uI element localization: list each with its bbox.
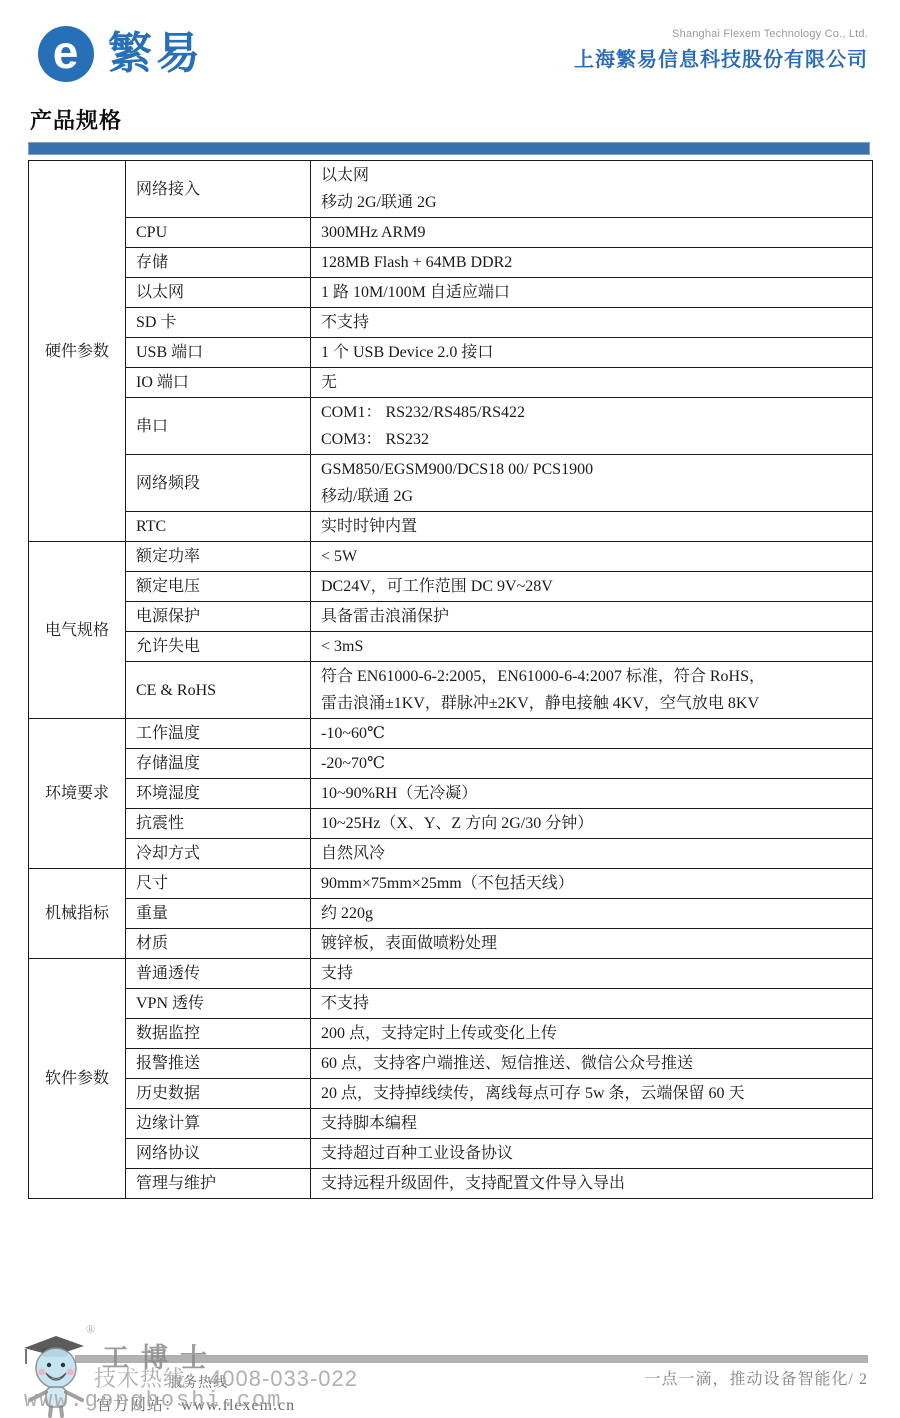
spec-value-cell: 20 点，支持掉线续传，离线每点可存 5w 条，云端保留 60 天 — [311, 1079, 873, 1109]
watermark-site: www.gongboshi.com — [24, 1388, 282, 1413]
value-line: 约 220g — [321, 900, 862, 927]
value-line: 自然风冷 — [321, 840, 862, 867]
spec-row: 允许失电< 3mS — [29, 632, 873, 662]
logo-wordmark: 繁易 — [108, 32, 204, 76]
spec-value-cell: < 5W — [311, 542, 873, 572]
spec-label-cell: 报警推送 — [126, 1049, 311, 1079]
category-cell: 电气规格 — [29, 542, 126, 719]
value-line: COM3： RS232 — [321, 426, 862, 453]
spec-row: 网络频段GSM850/EGSM900/DCS18 00/ PCS1900移动/联… — [29, 455, 873, 512]
spec-value-cell: 200 点，支持定时上传或变化上传 — [311, 1019, 873, 1049]
value-line: 符合 EN61000-6-2:2005，EN61000-6-4:2007 标准，… — [321, 663, 862, 690]
spec-label-cell: 冷却方式 — [126, 839, 311, 869]
spec-row: IO 端口无 — [29, 368, 873, 398]
spec-value-cell: 支持脚本编程 — [311, 1109, 873, 1139]
value-line: 60 点，支持客户端推送、短信推送、微信公众号推送 — [321, 1050, 862, 1077]
category-cell: 软件参数 — [29, 959, 126, 1199]
company-name-en: Shanghai Flexem Technology Co., Ltd. — [574, 28, 868, 40]
spec-label-cell: 网络协议 — [126, 1139, 311, 1169]
spec-label-cell: SD 卡 — [126, 308, 311, 338]
value-line: 镀锌板，表面做喷粉处理 — [321, 930, 862, 957]
spec-label-cell: 历史数据 — [126, 1079, 311, 1109]
spec-label-cell: VPN 透传 — [126, 989, 311, 1019]
value-line: 支持超过百种工业设备协议 — [321, 1140, 862, 1167]
value-line: -20~70℃ — [321, 750, 862, 777]
spec-value-cell: 具备雷击浪涌保护 — [311, 602, 873, 632]
spec-row: 网络协议支持超过百种工业设备协议 — [29, 1139, 873, 1169]
value-line: 具备雷击浪涌保护 — [321, 603, 862, 630]
spec-label-cell: USB 端口 — [126, 338, 311, 368]
value-line: < 5W — [321, 543, 862, 570]
spec-label-cell: 串口 — [126, 398, 311, 455]
spec-value-cell: -10~60℃ — [311, 719, 873, 749]
spec-value-cell: 自然风冷 — [311, 839, 873, 869]
company-name-cn: 上海繁易信息科技股份有限公司 — [574, 43, 868, 72]
value-line: 10~90%RH（无冷凝） — [321, 780, 862, 807]
spec-value-cell: 10~25Hz（X、Y、Z 方向 2G/30 分钟） — [311, 809, 873, 839]
spec-row: 存储温度-20~70℃ — [29, 749, 873, 779]
category-cell: 机械指标 — [29, 869, 126, 959]
spec-value-cell: 1 个 USB Device 2.0 接口 — [311, 338, 873, 368]
spec-row: 重量约 220g — [29, 899, 873, 929]
spec-value-cell: 实时时钟内置 — [311, 512, 873, 542]
spec-row: USB 端口1 个 USB Device 2.0 接口 — [29, 338, 873, 368]
spec-label-cell: 尺寸 — [126, 869, 311, 899]
logo-letter: e — [53, 29, 79, 75]
spec-label-cell: CE & RoHS — [126, 662, 311, 719]
spec-value-cell: 10~90%RH（无冷凝） — [311, 779, 873, 809]
spec-label-cell: 数据监控 — [126, 1019, 311, 1049]
spec-label-cell: 重量 — [126, 899, 311, 929]
spec-row: 额定电压DC24V，可工作范围 DC 9V~28V — [29, 572, 873, 602]
spec-row: 存储128MB Flash + 64MB DDR2 — [29, 248, 873, 278]
value-line: 支持 — [321, 960, 862, 987]
spec-value-cell: 1 路 10M/100M 自适应端口 — [311, 278, 873, 308]
value-line: COM1： RS232/RS485/RS422 — [321, 399, 862, 426]
spec-row: 材质镀锌板，表面做喷粉处理 — [29, 929, 873, 959]
spec-value-cell: 不支持 — [311, 989, 873, 1019]
spec-row: CPU300MHz ARM9 — [29, 218, 873, 248]
spec-row: 历史数据20 点，支持掉线续传，离线每点可存 5w 条，云端保留 60 天 — [29, 1079, 873, 1109]
value-line: 雷击浪涌±1KV，群脉冲±2KV，静电接触 4KV，空气放电 8KV — [321, 690, 862, 717]
spec-row: RTC实时时钟内置 — [29, 512, 873, 542]
spec-label-cell: 网络频段 — [126, 455, 311, 512]
spec-label-cell: 额定电压 — [126, 572, 311, 602]
spec-value-cell: 符合 EN61000-6-2:2005，EN61000-6-4:2007 标准，… — [311, 662, 873, 719]
spec-row: 冷却方式自然风冷 — [29, 839, 873, 869]
value-line: 支持远程升级固件，支持配置文件导入导出 — [321, 1170, 862, 1197]
spec-row: 环境湿度10~90%RH（无冷凝） — [29, 779, 873, 809]
flexem-logo: e 繁易 — [38, 26, 204, 82]
spec-label-cell: RTC — [126, 512, 311, 542]
spec-value-cell: 支持 — [311, 959, 873, 989]
registered-mark: ® — [86, 1322, 95, 1337]
spec-row: 管理与维护支持远程升级固件，支持配置文件导入导出 — [29, 1169, 873, 1199]
title-divider-bar — [28, 142, 870, 155]
value-line: 以太网 — [321, 162, 862, 189]
value-line: 20 点，支持掉线续传，离线每点可存 5w 条，云端保留 60 天 — [321, 1080, 862, 1107]
spec-label-cell: 工作温度 — [126, 719, 311, 749]
value-line: GSM850/EGSM900/DCS18 00/ PCS1900 — [321, 456, 862, 483]
spec-row: CE & RoHS符合 EN61000-6-2:2005，EN61000-6-4… — [29, 662, 873, 719]
spec-value-cell: 90mm×75mm×25mm（不包括天线） — [311, 869, 873, 899]
value-line: 300MHz ARM9 — [321, 219, 862, 246]
spec-table-body: 硬件参数网络接入以太网移动 2G/联通 2GCPU300MHz ARM9存储12… — [29, 161, 873, 1199]
spec-label-cell: 边缘计算 — [126, 1109, 311, 1139]
spec-row: 报警推送60 点，支持客户端推送、短信推送、微信公众号推送 — [29, 1049, 873, 1079]
spec-row: SD 卡不支持 — [29, 308, 873, 338]
spec-value-cell: 以太网移动 2G/联通 2G — [311, 161, 873, 218]
spec-label-cell: 材质 — [126, 929, 311, 959]
footer-tagline: 一点一滴，推动设备智能化/ 2 — [645, 1366, 868, 1389]
value-line: 10~25Hz（X、Y、Z 方向 2G/30 分钟） — [321, 810, 862, 837]
spec-table: 硬件参数网络接入以太网移动 2G/联通 2GCPU300MHz ARM9存储12… — [28, 160, 873, 1199]
value-line: 不支持 — [321, 309, 862, 336]
spec-label-cell: 网络接入 — [126, 161, 311, 218]
spec-label-cell: 存储温度 — [126, 749, 311, 779]
value-line: 不支持 — [321, 990, 862, 1017]
value-line: 无 — [321, 369, 862, 396]
spec-value-cell: 60 点，支持客户端推送、短信推送、微信公众号推送 — [311, 1049, 873, 1079]
spec-row: 边缘计算支持脚本编程 — [29, 1109, 873, 1139]
value-line: 支持脚本编程 — [321, 1110, 862, 1137]
spec-label-cell: 抗震性 — [126, 809, 311, 839]
spec-value-cell: 镀锌板，表面做喷粉处理 — [311, 929, 873, 959]
spec-row: 以太网1 路 10M/100M 自适应端口 — [29, 278, 873, 308]
spec-label-cell: CPU — [126, 218, 311, 248]
value-line: 移动 2G/联通 2G — [321, 189, 862, 216]
value-line: 1 路 10M/100M 自适应端口 — [321, 279, 862, 306]
spec-value-cell: COM1： RS232/RS485/RS422COM3： RS232 — [311, 398, 873, 455]
spec-value-cell: 300MHz ARM9 — [311, 218, 873, 248]
spec-label-cell: 管理与维护 — [126, 1169, 311, 1199]
spec-row: 数据监控200 点，支持定时上传或变化上传 — [29, 1019, 873, 1049]
flexem-logo-icon: e — [38, 26, 94, 82]
spec-value-cell: 约 220g — [311, 899, 873, 929]
spec-row: 电源保护具备雷击浪涌保护 — [29, 602, 873, 632]
spec-row: 串口COM1： RS232/RS485/RS422COM3： RS232 — [29, 398, 873, 455]
value-line: 90mm×75mm×25mm（不包括天线） — [321, 870, 862, 897]
spec-row: 环境要求工作温度-10~60℃ — [29, 719, 873, 749]
datasheet-page: e 繁易 Shanghai Flexem Technology Co., Ltd… — [0, 0, 900, 1418]
value-line: DC24V，可工作范围 DC 9V~28V — [321, 573, 862, 600]
spec-value-cell: 128MB Flash + 64MB DDR2 — [311, 248, 873, 278]
spec-row: 机械指标尺寸90mm×75mm×25mm（不包括天线） — [29, 869, 873, 899]
spec-value-cell: -20~70℃ — [311, 749, 873, 779]
category-cell: 硬件参数 — [29, 161, 126, 542]
spec-row: VPN 透传不支持 — [29, 989, 873, 1019]
spec-value-cell: GSM850/EGSM900/DCS18 00/ PCS1900移动/联通 2G — [311, 455, 873, 512]
spec-row: 硬件参数网络接入以太网移动 2G/联通 2G — [29, 161, 873, 218]
company-block: Shanghai Flexem Technology Co., Ltd. 上海繁… — [574, 28, 868, 72]
spec-label-cell: 电源保护 — [126, 602, 311, 632]
spec-row: 电气规格额定功率< 5W — [29, 542, 873, 572]
spec-value-cell: 支持远程升级固件，支持配置文件导入导出 — [311, 1169, 873, 1199]
spec-value-cell: DC24V，可工作范围 DC 9V~28V — [311, 572, 873, 602]
value-line: 128MB Flash + 64MB DDR2 — [321, 249, 862, 276]
spec-label-cell: 环境湿度 — [126, 779, 311, 809]
value-line: 1 个 USB Device 2.0 接口 — [321, 339, 862, 366]
spec-value-cell: 支持超过百种工业设备协议 — [311, 1139, 873, 1169]
spec-value-cell: < 3mS — [311, 632, 873, 662]
page-title: 产品规格 — [30, 104, 122, 135]
spec-value-cell: 无 — [311, 368, 873, 398]
spec-label-cell: 额定功率 — [126, 542, 311, 572]
spec-row: 软件参数普通透传支持 — [29, 959, 873, 989]
value-line: < 3mS — [321, 633, 862, 660]
spec-row: 抗震性10~25Hz（X、Y、Z 方向 2G/30 分钟） — [29, 809, 873, 839]
spec-label-cell: 允许失电 — [126, 632, 311, 662]
spec-label-cell: IO 端口 — [126, 368, 311, 398]
spec-value-cell: 不支持 — [311, 308, 873, 338]
category-cell: 环境要求 — [29, 719, 126, 869]
value-line: 移动/联通 2G — [321, 483, 862, 510]
value-line: 实时时钟内置 — [321, 513, 862, 540]
value-line: 200 点，支持定时上传或变化上传 — [321, 1020, 862, 1047]
spec-label-cell: 以太网 — [126, 278, 311, 308]
value-line: -10~60℃ — [321, 720, 862, 747]
spec-label-cell: 存储 — [126, 248, 311, 278]
spec-label-cell: 普通透传 — [126, 959, 311, 989]
